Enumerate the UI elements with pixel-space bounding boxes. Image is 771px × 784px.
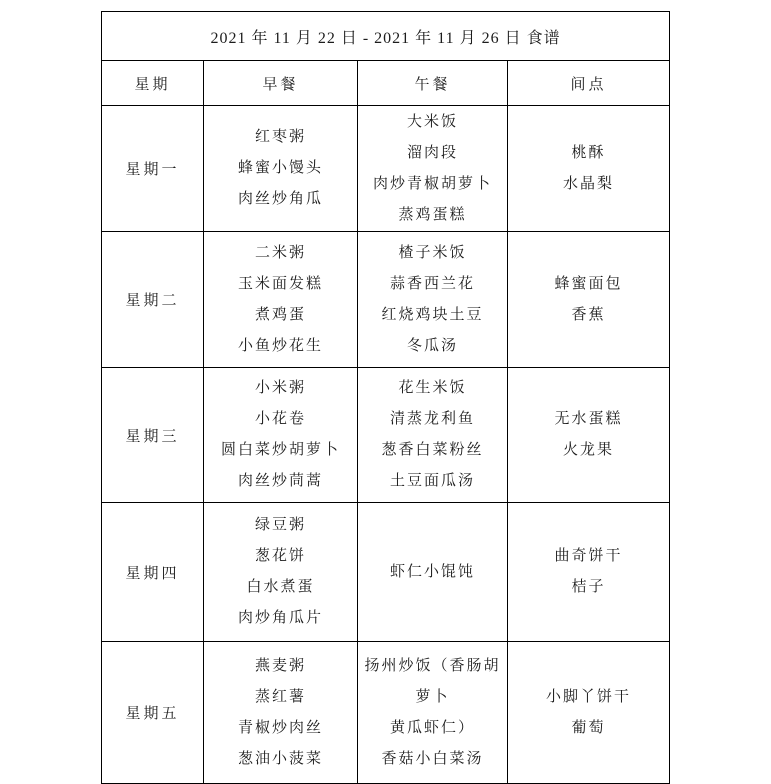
menu-item: 燕麦粥: [204, 651, 357, 682]
menu-item: 肉炒青椒胡萝卜: [358, 169, 507, 200]
menu-table: 2021 年 11 月 22 日 - 2021 年 11 月 26 日 食谱 星…: [101, 11, 670, 784]
snack-cell: 蜂蜜面包 香蕉: [508, 232, 670, 368]
lunch-cell: 扬州炒饭（香肠胡萝卜 黄瓜虾仁） 香菇小白菜汤: [358, 642, 508, 784]
menu-item: 白水煮蛋: [204, 572, 357, 603]
menu-item: 楂子米饭: [358, 238, 507, 269]
snack-cell: 曲奇饼干 桔子: [508, 503, 670, 642]
header-week: 星期: [102, 61, 204, 106]
menu-item: 溜肉段: [358, 138, 507, 169]
menu-item: 土豆面瓜汤: [358, 466, 507, 497]
breakfast-cell: 绿豆粥 葱花饼 白水煮蛋 肉炒角瓜片: [204, 503, 358, 642]
menu-item: 肉丝炒角瓜: [204, 184, 357, 215]
menu-item: 大米饭: [358, 107, 507, 138]
menu-item: 蒜香西兰花: [358, 269, 507, 300]
menu-item: 小花卷: [204, 404, 357, 435]
menu-item: 虾仁小馄饨: [358, 557, 507, 588]
lunch-cell: 大米饭 溜肉段 肉炒青椒胡萝卜 蒸鸡蛋糕: [358, 106, 508, 232]
menu-item: 葱油小菠菜: [204, 744, 357, 775]
day-cell: 星期一: [102, 106, 204, 232]
breakfast-cell: 红枣粥 蜂蜜小馒头 肉丝炒角瓜: [204, 106, 358, 232]
menu-item: 煮鸡蛋: [204, 300, 357, 331]
table-row-tuesday: 星期二 二米粥 玉米面发糕 煮鸡蛋 小鱼炒花生 楂子米饭 蒜香西兰花 红烧鸡块土…: [102, 232, 670, 368]
menu-item: 二米粥: [204, 238, 357, 269]
header-lunch: 午餐: [358, 61, 508, 106]
menu-item: 小米粥: [204, 373, 357, 404]
menu-item: 蜂蜜小馒头: [204, 153, 357, 184]
menu-item: 清蒸龙利鱼: [358, 404, 507, 435]
menu-item: 葡萄: [508, 713, 669, 744]
menu-item: 冬瓜汤: [358, 331, 507, 362]
menu-item: 蒸鸡蛋糕: [358, 200, 507, 231]
title-row: 2021 年 11 月 22 日 - 2021 年 11 月 26 日 食谱: [102, 12, 670, 61]
snack-cell: 无水蛋糕 火龙果: [508, 368, 670, 503]
breakfast-cell: 燕麦粥 蒸红薯 青椒炒肉丝 葱油小菠菜: [204, 642, 358, 784]
menu-item: 红枣粥: [204, 122, 357, 153]
menu-item: 桔子: [508, 572, 669, 603]
header-row: 星期 早餐 午餐 间点: [102, 61, 670, 106]
header-snack: 间点: [508, 61, 670, 106]
snack-cell: 小脚丫饼干 葡萄: [508, 642, 670, 784]
menu-item: 青椒炒肉丝: [204, 713, 357, 744]
menu-item: 蒸红薯: [204, 682, 357, 713]
table-row-friday: 星期五 燕麦粥 蒸红薯 青椒炒肉丝 葱油小菠菜 扬州炒饭（香肠胡萝卜 黄瓜虾仁）…: [102, 642, 670, 784]
menu-item: 小鱼炒花生: [204, 331, 357, 362]
breakfast-cell: 二米粥 玉米面发糕 煮鸡蛋 小鱼炒花生: [204, 232, 358, 368]
day-cell: 星期二: [102, 232, 204, 368]
menu-item: 曲奇饼干: [508, 541, 669, 572]
table-row-wednesday: 星期三 小米粥 小花卷 圆白菜炒胡萝卜 肉丝炒茼蒿 花生米饭 清蒸龙利鱼 葱香白…: [102, 368, 670, 503]
table-title: 2021 年 11 月 22 日 - 2021 年 11 月 26 日 食谱: [102, 12, 670, 61]
menu-item: 花生米饭: [358, 373, 507, 404]
breakfast-cell: 小米粥 小花卷 圆白菜炒胡萝卜 肉丝炒茼蒿: [204, 368, 358, 503]
menu-item: 蜂蜜面包: [508, 269, 669, 300]
document-page: 2021 年 11 月 22 日 - 2021 年 11 月 26 日 食谱 星…: [0, 0, 771, 784]
menu-item: 肉炒角瓜片: [204, 603, 357, 634]
menu-item: 肉丝炒茼蒿: [204, 466, 357, 497]
menu-item: 红烧鸡块土豆: [358, 300, 507, 331]
day-cell: 星期四: [102, 503, 204, 642]
table-row-monday: 星期一 红枣粥 蜂蜜小馒头 肉丝炒角瓜 大米饭 溜肉段 肉炒青椒胡萝卜 蒸鸡蛋糕…: [102, 106, 670, 232]
menu-item: 香菇小白菜汤: [358, 744, 507, 775]
menu-item: 小脚丫饼干: [508, 682, 669, 713]
day-cell: 星期三: [102, 368, 204, 503]
table-row-thursday: 星期四 绿豆粥 葱花饼 白水煮蛋 肉炒角瓜片 虾仁小馄饨 曲奇饼干 桔子: [102, 503, 670, 642]
lunch-cell: 花生米饭 清蒸龙利鱼 葱香白菜粉丝 土豆面瓜汤: [358, 368, 508, 503]
menu-item: 扬州炒饭（香肠胡萝卜: [358, 651, 507, 713]
header-breakfast: 早餐: [204, 61, 358, 106]
menu-item: 无水蛋糕: [508, 404, 669, 435]
menu-item: 绿豆粥: [204, 510, 357, 541]
menu-item: 桃酥: [508, 138, 669, 169]
menu-item: 火龙果: [508, 435, 669, 466]
menu-item: 水晶梨: [508, 169, 669, 200]
day-cell: 星期五: [102, 642, 204, 784]
lunch-cell: 虾仁小馄饨: [358, 503, 508, 642]
menu-item: 葱香白菜粉丝: [358, 435, 507, 466]
menu-item: 葱花饼: [204, 541, 357, 572]
menu-item: 黄瓜虾仁）: [358, 713, 507, 744]
snack-cell: 桃酥 水晶梨: [508, 106, 670, 232]
menu-item: 圆白菜炒胡萝卜: [204, 435, 357, 466]
menu-item: 玉米面发糕: [204, 269, 357, 300]
lunch-cell: 楂子米饭 蒜香西兰花 红烧鸡块土豆 冬瓜汤: [358, 232, 508, 368]
menu-item: 香蕉: [508, 300, 669, 331]
